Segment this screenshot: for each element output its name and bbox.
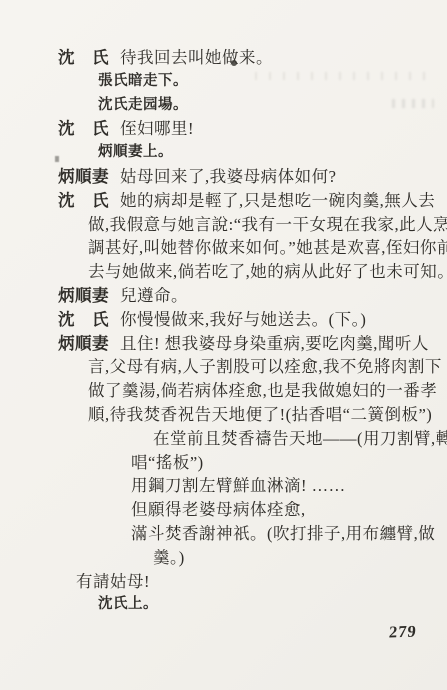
verse-continuation-line: 羹。) [153, 546, 437, 570]
speaker-name: 沈 氏 [58, 117, 120, 141]
continuation-line: 做了羹湯,倘若病体痊愈,也是我做媳妇的一番孝 [88, 379, 437, 403]
verse-line: 在堂前且焚香禱告天地——(用刀割臂,轉 [153, 427, 437, 451]
speech-text: 姑母回来了,我婆母病体如何? [120, 165, 437, 189]
continuation-line: 做,我假意与她言說:“我有一干女現在我家,此人烹 [88, 213, 437, 237]
speaker-name: 沈 氏 [58, 46, 120, 70]
speaker-name: 炳順妻 [58, 165, 120, 189]
speaker-name: 沈 氏 [58, 189, 120, 213]
stage-direction: 張氏暗走下。 [98, 70, 437, 94]
continuation-line: 調甚好,叫她替你做来如何。”她甚是欢喜,侄妇你前 [88, 236, 437, 260]
stage-direction: 炳順妻上。 [98, 141, 437, 165]
dialogue-line: 炳順妻 兒遵命。 [58, 284, 437, 308]
speech-text: 你慢慢做来,我好与她送去。(下。) [120, 308, 437, 332]
verse-line: 用鋼刀割左臂鮮血淋滴! …… [131, 474, 437, 498]
speech-text: 侄妇哪里! [120, 117, 437, 141]
speaker-name: 炳順妻 [58, 284, 120, 308]
speech-text: 兒遵命。 [120, 284, 437, 308]
verse-line: 但願得老婆母病体痊愈, [131, 498, 437, 522]
verse-line: 滿斗焚香謝神祇。(吹打排子,用布纏臂,做 [131, 522, 437, 546]
continuation-line: 順,待我焚香祝告天地便了!(拈香唱“二簧倒板”) [88, 403, 437, 427]
verse-line: 唱“搖板”) [131, 451, 437, 475]
dialogue-line: 沈 氏 她的病却是輕了,只是想吃一碗肉羹,無人去 [58, 189, 437, 213]
dialogue-line: 沈 氏 待我回去叫她做来。 [58, 46, 437, 70]
speaker-name: 沈 氏 [58, 308, 120, 332]
book-page: 沈 氏 待我回去叫她做来。 張氏暗走下。 沈氏走园場。 沈 氏 侄妇哪里! 炳順… [0, 0, 447, 690]
speech-text: 她的病却是輕了,只是想吃一碗肉羹,無人去 [120, 189, 437, 213]
stage-direction: 沈氏上。 [98, 593, 437, 617]
speech-text: 且住! 想我婆母身染重病,要吃肉羹,聞听人 [120, 332, 437, 356]
stage-direction: 沈氏走园場。 [98, 94, 437, 118]
dialogue-line: 沈 氏 你慢慢做来,我好与她送去。(下。) [58, 308, 437, 332]
scan-smudge [55, 156, 59, 162]
continuation-line: 言,父母有病,人子割股可以痊愈,我不免將肉割下 [88, 355, 437, 379]
dialogue-line: 沈 氏 侄妇哪里! [58, 117, 437, 141]
page-number: 279 [388, 622, 417, 643]
speech-text: 待我回去叫她做来。 [120, 46, 437, 70]
continuation-line: 去与她做来,倘若吃了,她的病从此好了也未可知。 [88, 260, 437, 284]
dialogue-line: 炳順妻 且住! 想我婆母身染重病,要吃肉羹,聞听人 [58, 332, 437, 356]
summon-line: 有請姑母! [76, 570, 437, 594]
dialogue-line: 炳順妻 姑母回来了,我婆母病体如何? [58, 165, 437, 189]
speaker-name: 炳順妻 [58, 332, 120, 356]
